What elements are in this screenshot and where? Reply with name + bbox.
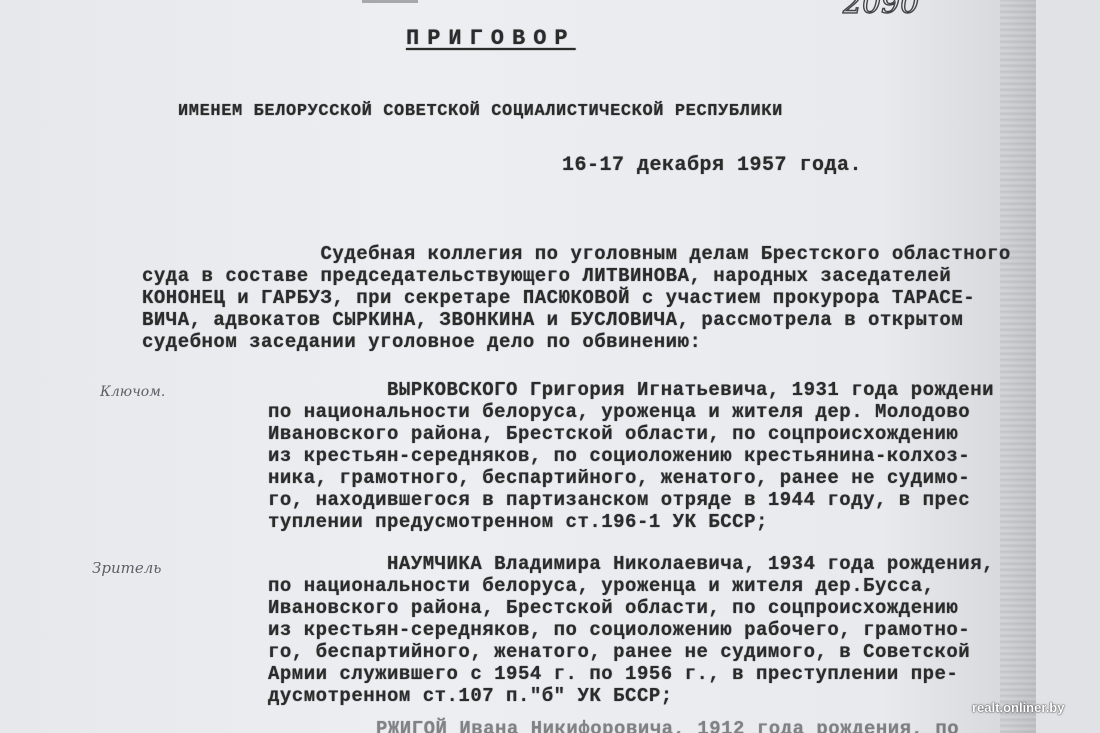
- margin-note-defendant-2: Зритель: [92, 559, 161, 577]
- paragraph-defendant-2: НАУМЧИКА Владимира Николаевича, 1934 год…: [268, 553, 994, 707]
- cut-off-header-line: [362, 0, 418, 3]
- paragraph-defendant-1: ВЫРКОВСКОГО Григория Игнатьевича, 1931 г…: [268, 379, 994, 533]
- paragraph-court-composition: Судебная коллегия по уголовным делам Бре…: [142, 243, 1011, 353]
- photocopy-edge-noise: [1000, 0, 1036, 733]
- margin-note-defendant-1: Ключом.: [100, 384, 165, 400]
- document-title: ПРИГОВОР: [406, 26, 576, 51]
- paragraph-defendant-3-partial: РЖИГОЙ Ивана Никифоровича, 1912 года рож…: [376, 718, 959, 733]
- document-subtitle: ИМЕНЕМ БЕЛОРУССКОЙ СОВЕТСКОЙ СОЦИАЛИСТИЧ…: [178, 102, 783, 121]
- background-surface: [1036, 0, 1100, 733]
- document-date: 16-17 декабря 1957 года.: [562, 154, 862, 177]
- watermark: realt.onliner.by: [972, 700, 1064, 715]
- document-page: 2090 ПРИГОВОР ИМЕНЕМ БЕЛОРУССКОЙ СОВЕТСК…: [0, 0, 1036, 733]
- handwritten-page-number: 2090: [843, 0, 919, 21]
